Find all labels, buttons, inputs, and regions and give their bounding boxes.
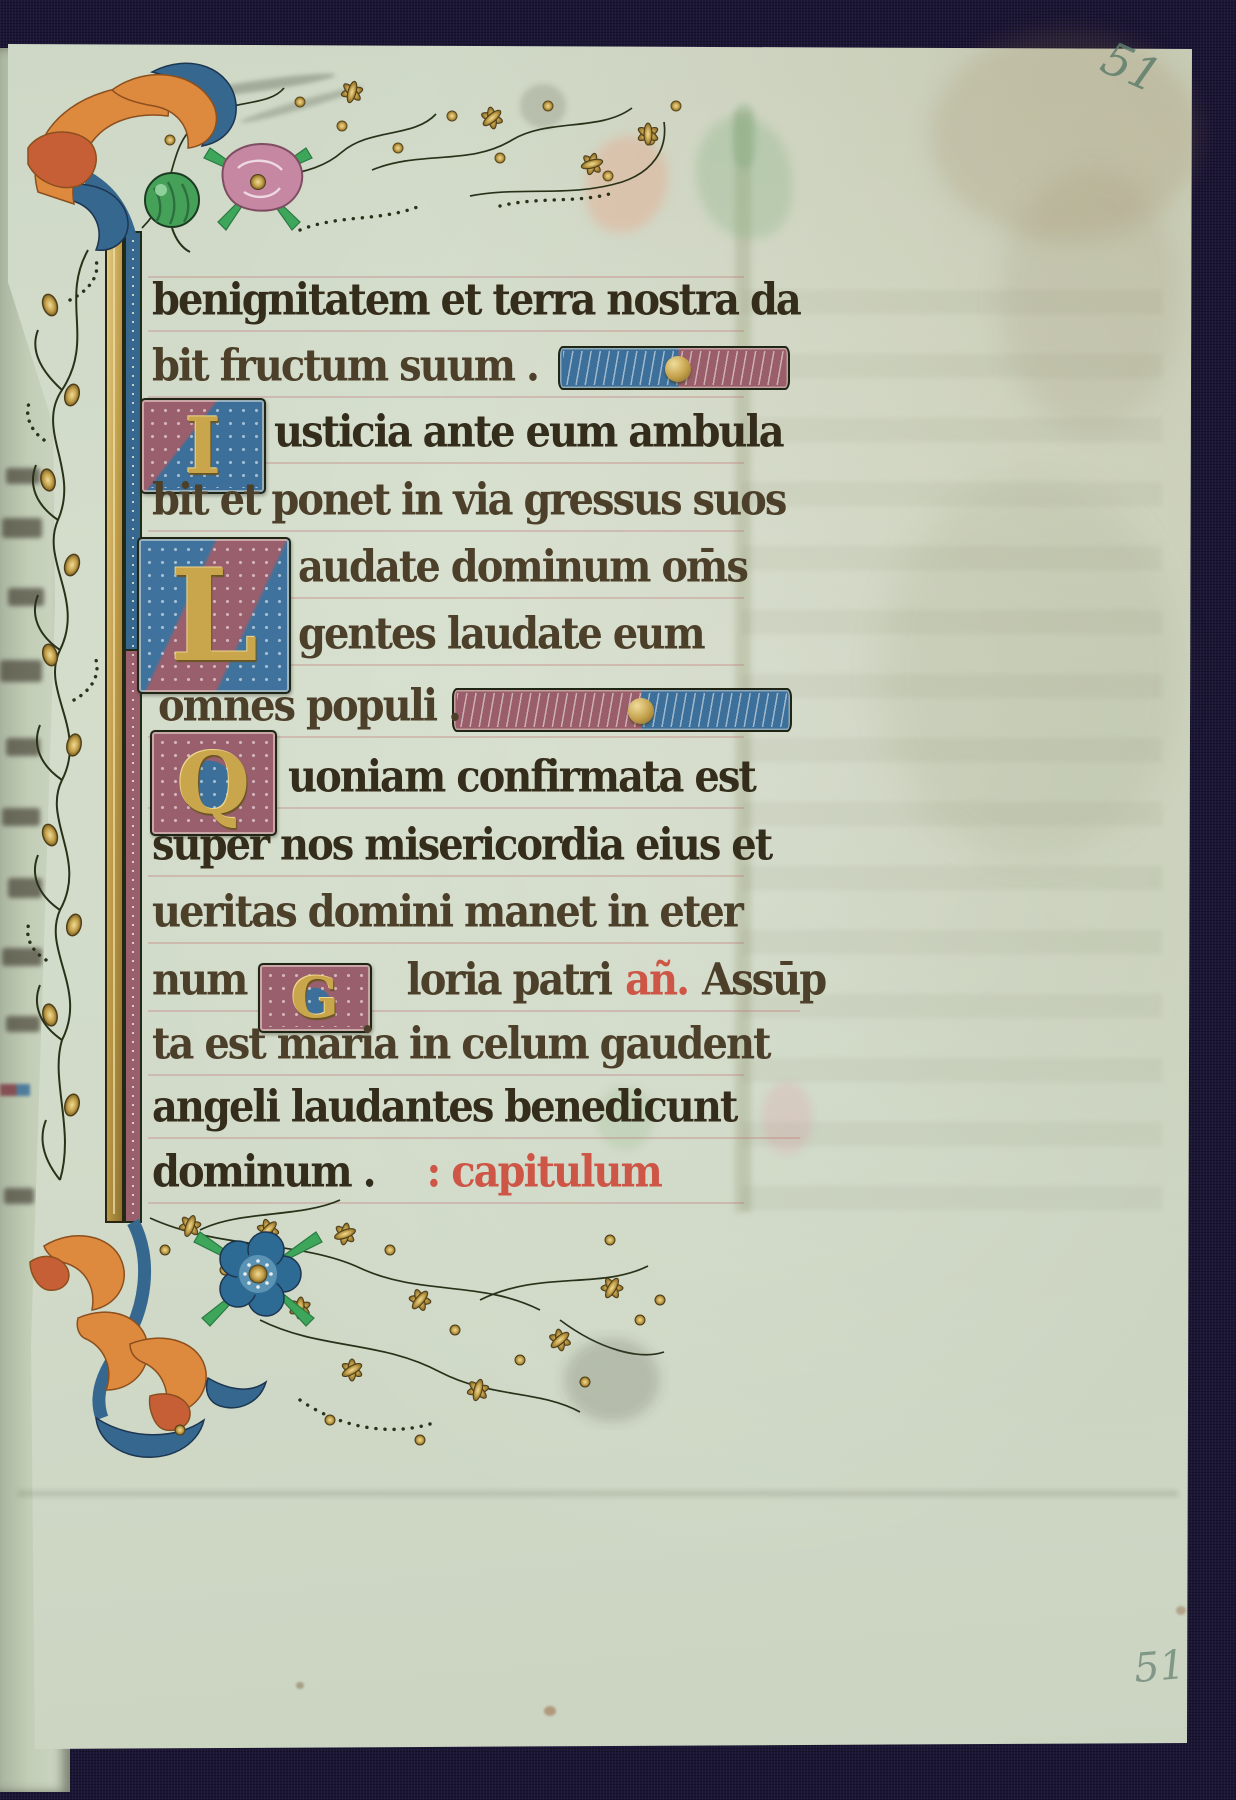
initial-letter: I [185, 401, 222, 492]
line-text-before-initial: num [152, 958, 247, 1002]
line-text: bit fructum suum . [152, 340, 538, 392]
initial-letter: L [170, 542, 259, 690]
text-line: dominum .: capitulum [152, 1150, 661, 1194]
text-line: gentes laudate eum [298, 612, 704, 656]
gold-boss [628, 698, 654, 724]
line-filler-maroon-blue [452, 688, 792, 732]
text-line: usticia ante eum ambula [274, 410, 783, 454]
text-line: audate dominum om̄s [298, 545, 747, 589]
gold-boss [665, 356, 691, 382]
line-text: bit et ponet in via gressus suos [152, 474, 785, 526]
text-line: angeli laudantes benedicunt [152, 1085, 736, 1129]
text-line: ueritas domini manet in eter [152, 890, 742, 934]
line-text: ta est maria in celum gaudent [152, 1018, 770, 1070]
line-text: audate dominum om̄s [298, 541, 747, 593]
line-text: gentes laudate eum [298, 608, 704, 660]
bottom-smudge [564, 1338, 660, 1422]
blue-flower [194, 1232, 322, 1326]
rubric-capitulum: : capitulum [427, 1146, 661, 1198]
text-line: benignitatem et terra nostra da [152, 278, 800, 322]
decorated-initial-L: L [137, 537, 291, 694]
text-line: numloria patriañ.Assūp [152, 958, 825, 1002]
word-gap [688, 958, 702, 1002]
line-text: dominum . [152, 1146, 375, 1198]
line-filler-blue-maroon [558, 346, 790, 390]
text-line: ta est maria in celum gaudent [152, 1022, 770, 1066]
line-text: usticia ante eum ambula [274, 406, 783, 458]
line-text-after-rubric: Assūp [702, 958, 825, 1002]
text-line: bit et ponet in via gressus suos [152, 478, 785, 522]
word-gap [611, 958, 625, 1002]
line-text: loria patri [407, 958, 612, 1002]
initial-letter: Q [177, 734, 250, 833]
text-line: uoniam confirmata est [288, 755, 755, 799]
margin-vine [28, 250, 97, 1180]
text-line: omnes populi . [158, 684, 460, 728]
line-text: benignitatem et terra nostra da [152, 274, 800, 326]
green-bud-flower [145, 173, 199, 252]
manuscript-photo: I L Q G benignitatem et terra nostra da … [0, 0, 1236, 1800]
initial-letter: G [291, 965, 339, 1031]
line-text: uoniam confirmata est [288, 751, 755, 803]
gold-bar-border [106, 232, 141, 1222]
line-text: ueritas domini manet in eter [152, 886, 742, 938]
pink-flower [204, 144, 312, 230]
text-line: bit fructum suum . [152, 344, 538, 388]
rubric-antiphon: añ. [625, 958, 688, 1002]
line-text: angeli laudantes benedicunt [152, 1081, 736, 1133]
folio-number-bottom: 51 [1132, 1642, 1187, 1692]
